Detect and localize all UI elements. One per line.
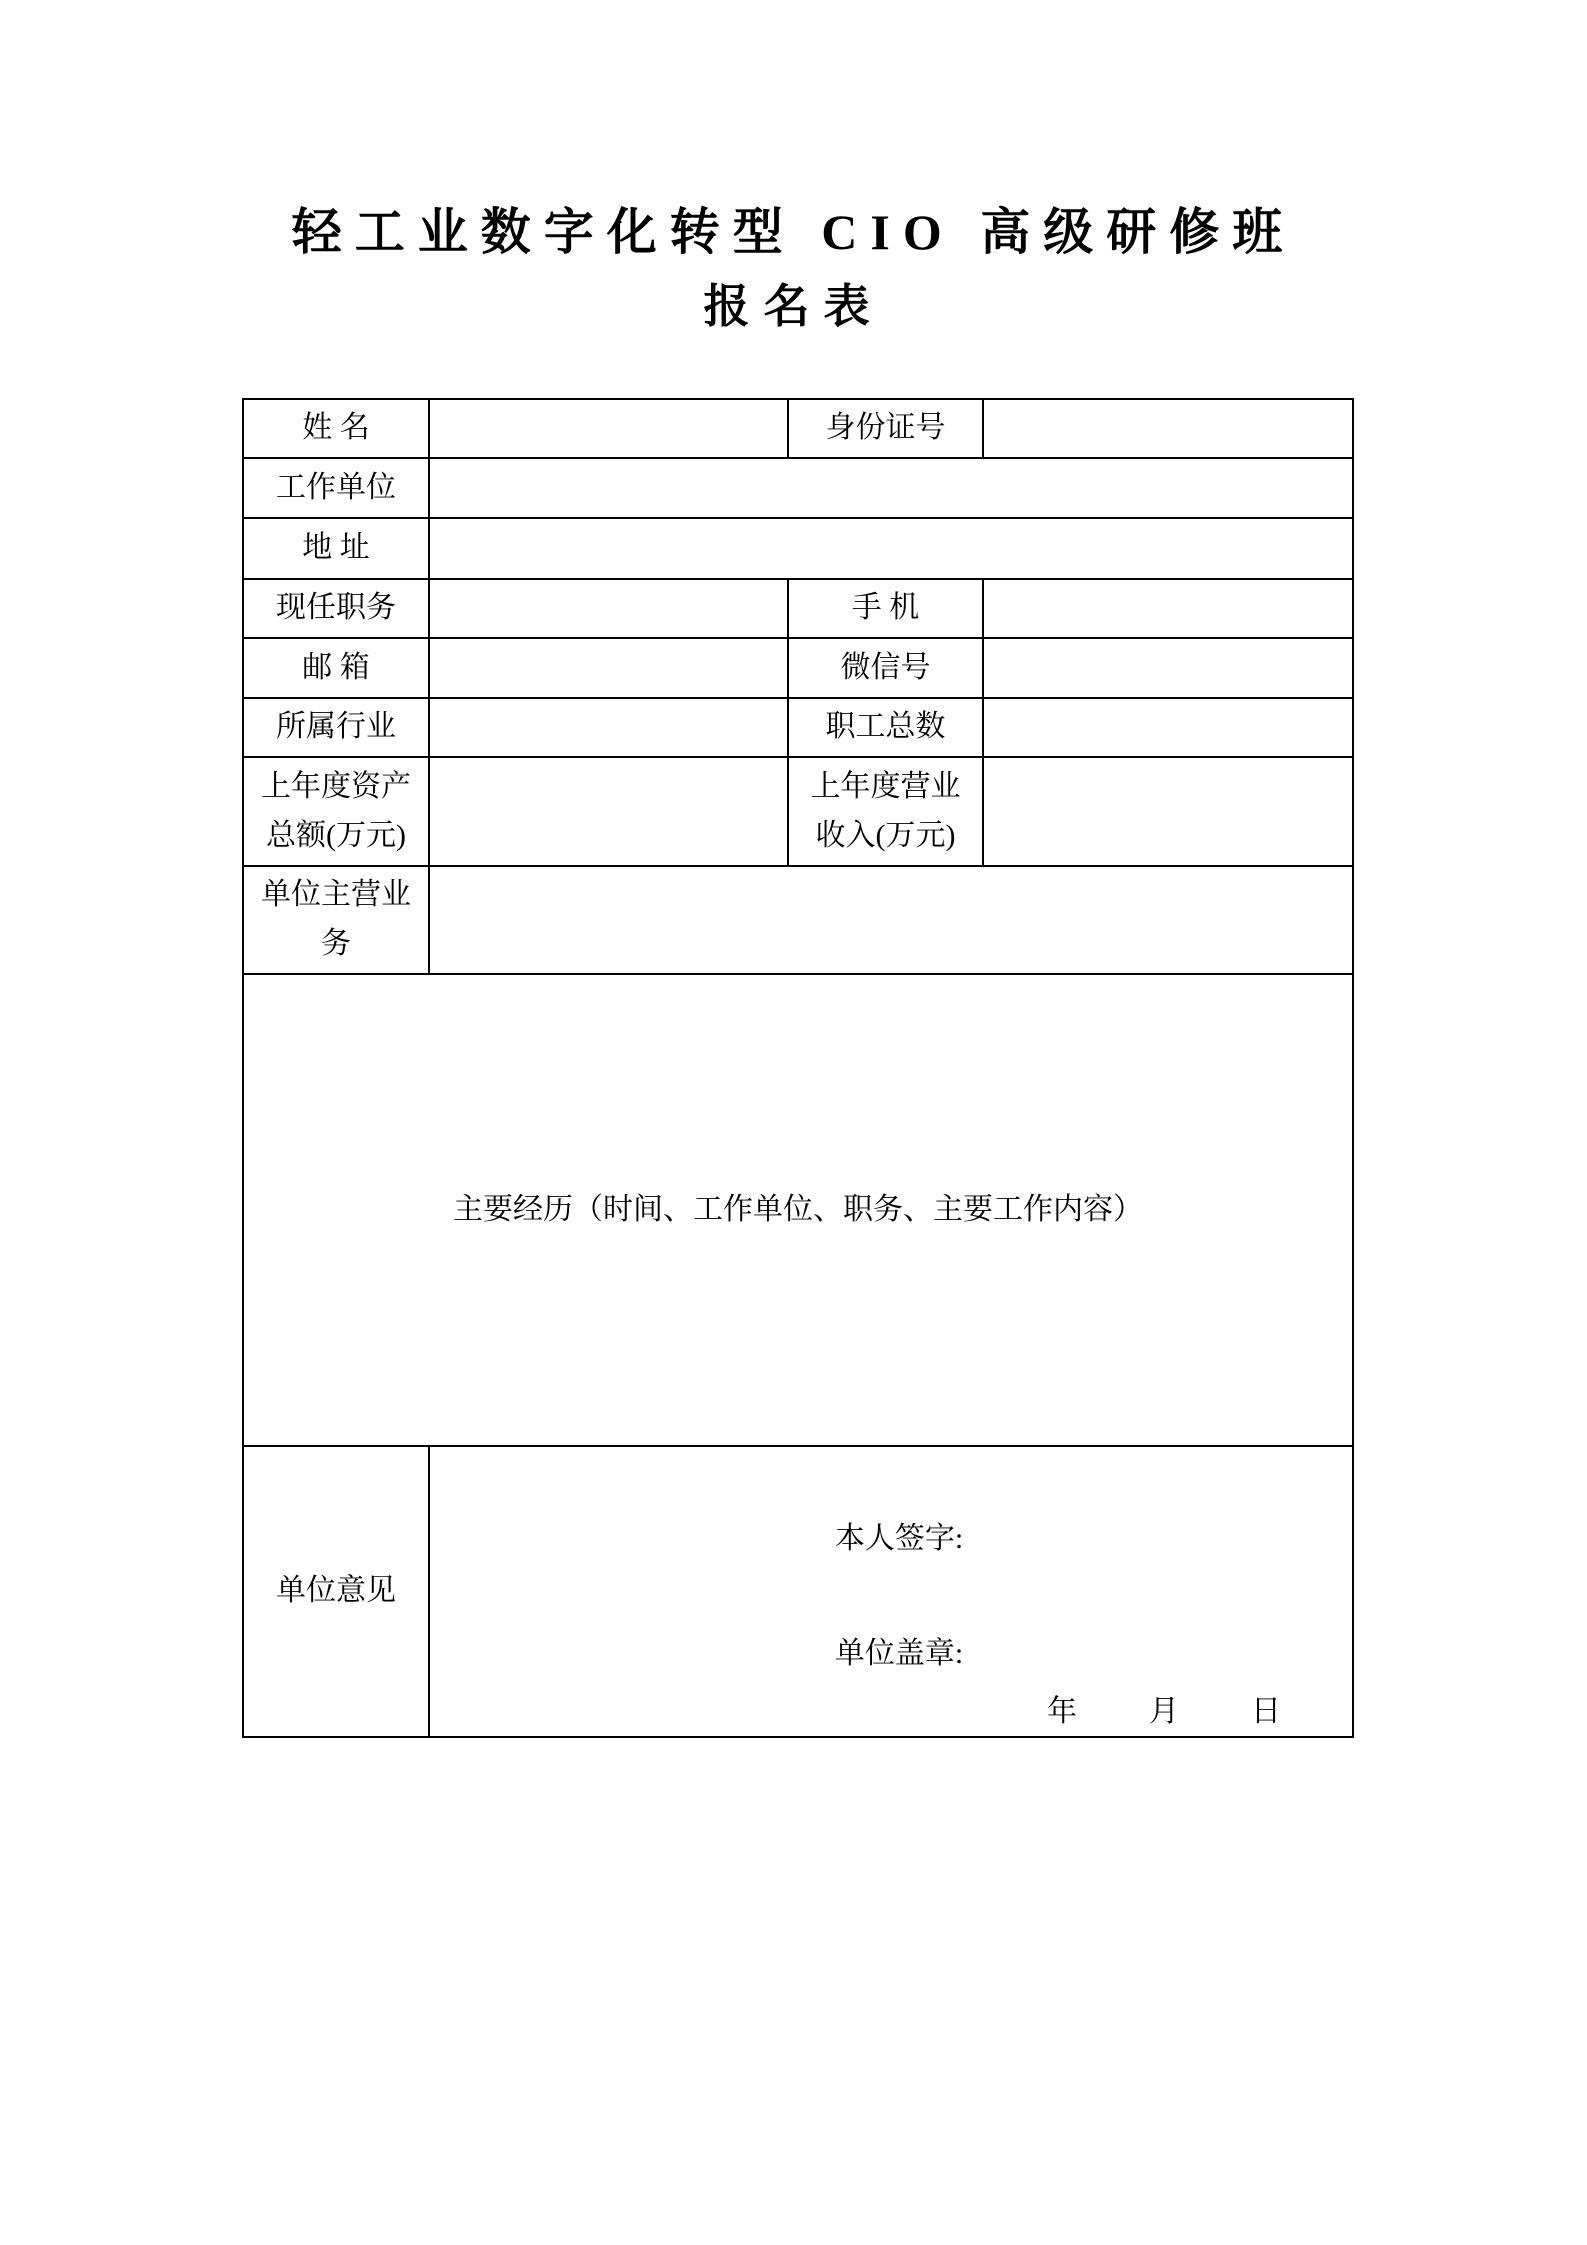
work-unit-field[interactable] — [429, 458, 1353, 518]
main-business-label: 单位主营业务 — [243, 866, 429, 974]
mobile-field[interactable] — [983, 579, 1353, 638]
mobile-label: 手 机 — [788, 579, 983, 638]
employee-total-field[interactable] — [983, 698, 1353, 757]
page-title: 轻工业数字化转型 CIO 高级研修班 — [0, 192, 1587, 264]
row-unit-opinion: 单位意见 本人签字: 单位盖章: 年 月 日 — [243, 1446, 1353, 1737]
name-label: 姓 名 — [243, 399, 429, 458]
wechat-label: 微信号 — [788, 638, 983, 698]
row-email-wechat: 邮 箱 微信号 — [243, 638, 1353, 698]
row-industry-employees: 所属行业 职工总数 — [243, 698, 1353, 757]
name-field[interactable] — [429, 399, 788, 458]
registration-table: 姓 名 身份证号 工作单位 地 址 现任职务 手 机 邮 箱 微信号 所属行业 — [242, 398, 1354, 1738]
row-position-mobile: 现任职务 手 机 — [243, 579, 1353, 638]
row-main-business: 单位主营业务 — [243, 866, 1353, 974]
seal-label: 单位盖章: — [458, 1630, 1340, 1678]
industry-label: 所属行业 — [243, 698, 429, 757]
row-name-id: 姓 名 身份证号 — [243, 399, 1353, 458]
wechat-field[interactable] — [983, 638, 1353, 698]
last-year-assets-label: 上年度资产总额(万元) — [243, 757, 429, 866]
row-assets-revenue: 上年度资产总额(万元) 上年度营业收入(万元) — [243, 757, 1353, 866]
id-number-label: 身份证号 — [788, 399, 983, 458]
employee-total-label: 职工总数 — [788, 698, 983, 757]
industry-field[interactable] — [429, 698, 788, 757]
work-unit-label: 工作单位 — [243, 458, 429, 518]
current-position-label: 现任职务 — [243, 579, 429, 638]
last-year-assets-field[interactable] — [429, 757, 788, 866]
signature-label: 本人签字: — [458, 1515, 1340, 1563]
current-position-field[interactable] — [429, 579, 788, 638]
row-experience: 主要经历（时间、工作单位、职务、主要工作内容） — [243, 974, 1353, 1446]
experience-field[interactable]: 主要经历（时间、工作单位、职务、主要工作内容） — [243, 974, 1353, 1446]
page-subtitle: 报名表 — [0, 270, 1587, 336]
row-address: 地 址 — [243, 518, 1353, 579]
address-label: 地 址 — [243, 518, 429, 579]
unit-opinion-label: 单位意见 — [243, 1446, 429, 1737]
main-business-field[interactable] — [429, 866, 1353, 974]
last-year-revenue-label: 上年度营业收入(万元) — [788, 757, 983, 866]
registration-form-page: 轻工业数字化转型 CIO 高级研修班 报名表 姓 名 身份证号 工作单位 地 址… — [0, 0, 1587, 2245]
email-field[interactable] — [429, 638, 788, 698]
experience-label: 主要经历（时间、工作单位、职务、主要工作内容） — [453, 1193, 1143, 1226]
last-year-revenue-field[interactable] — [983, 757, 1353, 866]
date-line: 年 月 日 — [992, 1688, 1340, 1736]
row-work-unit: 工作单位 — [243, 458, 1353, 518]
email-label: 邮 箱 — [243, 638, 429, 698]
id-number-field[interactable] — [983, 399, 1353, 458]
unit-opinion-field[interactable]: 本人签字: 单位盖章: 年 月 日 — [429, 1446, 1353, 1737]
address-field[interactable] — [429, 518, 1353, 579]
